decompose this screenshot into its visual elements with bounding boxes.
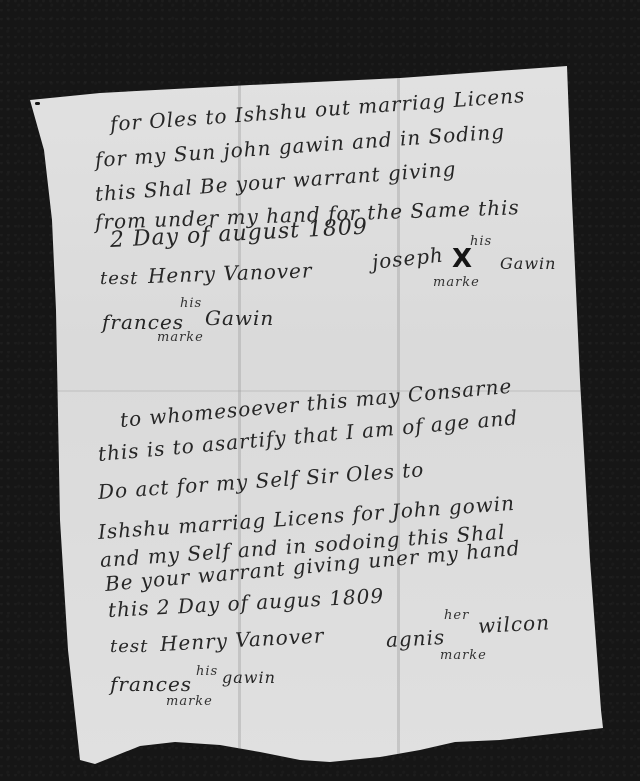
pin-hole xyxy=(35,102,40,105)
witness-label: test xyxy=(100,268,138,289)
mark-marke: marke xyxy=(440,648,487,663)
signature-x-mark-icon: X xyxy=(452,244,472,274)
mark-her: her xyxy=(444,608,469,623)
witness-label: test xyxy=(110,636,148,657)
scan-background: for Oles to Ishshu out marriag Licens fo… xyxy=(0,0,640,781)
witness-frances-last: Gawin xyxy=(205,306,274,330)
witness-frances-first: frances xyxy=(110,672,192,696)
mark-marke: marke xyxy=(433,275,480,290)
signer-agnis-first: agnis xyxy=(385,625,445,652)
mark-his: his xyxy=(180,296,202,311)
mark-his: his xyxy=(196,664,218,679)
mark-his: his xyxy=(470,234,492,249)
witness-frances-last: gawin xyxy=(222,668,276,687)
mark-marke: marke xyxy=(157,330,204,345)
signer-joseph-last: Gawin xyxy=(500,254,556,273)
signer-agnis-last: wilcon xyxy=(477,610,550,638)
mark-marke: marke xyxy=(166,694,213,709)
